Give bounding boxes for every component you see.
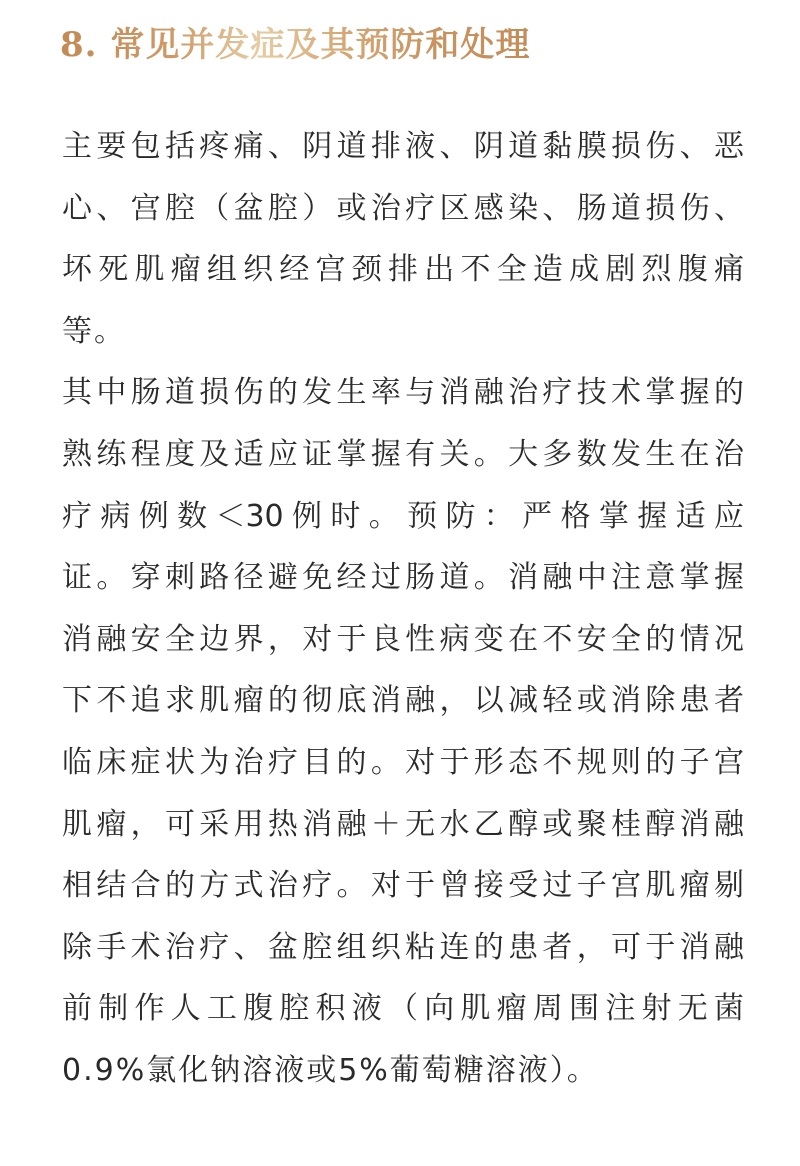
section-title: 8. 常见并发症及其预防和处理 [60, 22, 530, 68]
section-body: 主要包括疼痛、阴道排液、阴道黏膜损伤、恶 心、宫腔（盆腔）或治疗区感染、肠道损伤… [62, 124, 744, 1110]
text-line: 坏死肌瘤组织经宫颈排出不全造成剧烈腹痛 [62, 247, 744, 309]
text-line: 下不追求肌瘤的彻底消融，以减轻或消除患者 [62, 678, 744, 740]
text-line: 肌瘤，可采用热消融＋无水乙醇或聚桂醇消融 [62, 802, 744, 864]
text-line: 疗病例数＜30例时。预防：严格掌握适应 [62, 494, 744, 556]
text-line: 0.9%氯化钠溶液或5%葡萄糖溶液）。 [62, 1048, 744, 1110]
paragraph-complications-list: 主要包括疼痛、阴道排液、阴道黏膜损伤、恶 心、宫腔（盆腔）或治疗区感染、肠道损伤… [62, 124, 744, 370]
text-line: 除手术治疗、盆腔组织粘连的患者，可于消融 [62, 925, 744, 987]
text-line: 心、宫腔（盆腔）或治疗区感染、肠道损伤、 [62, 186, 744, 248]
text-line: 等。 [62, 309, 744, 371]
text-line: 前制作人工腹腔积液（向肌瘤周围注射无菌 [62, 986, 744, 1048]
text-line: 证。穿刺路径避免经过肠道。消融中注意掌握 [62, 555, 744, 617]
text-line: 其中肠道损伤的发生率与消融治疗技术掌握的 [62, 370, 744, 432]
paragraph-bowel-injury-prevention: 其中肠道损伤的发生率与消融治疗技术掌握的 熟练程度及适应证掌握有关。大多数发生在… [62, 370, 744, 1109]
text-line: 临床症状为治疗目的。对于形态不规则的子宫 [62, 740, 744, 802]
text-line: 消融安全边界，对于良性病变在不安全的情况 [62, 617, 744, 679]
text-line: 主要包括疼痛、阴道排液、阴道黏膜损伤、恶 [62, 124, 744, 186]
text-line: 熟练程度及适应证掌握有关。大多数发生在治 [62, 432, 744, 494]
text-line: 相结合的方式治疗。对于曾接受过子宫肌瘤剔 [62, 863, 744, 925]
